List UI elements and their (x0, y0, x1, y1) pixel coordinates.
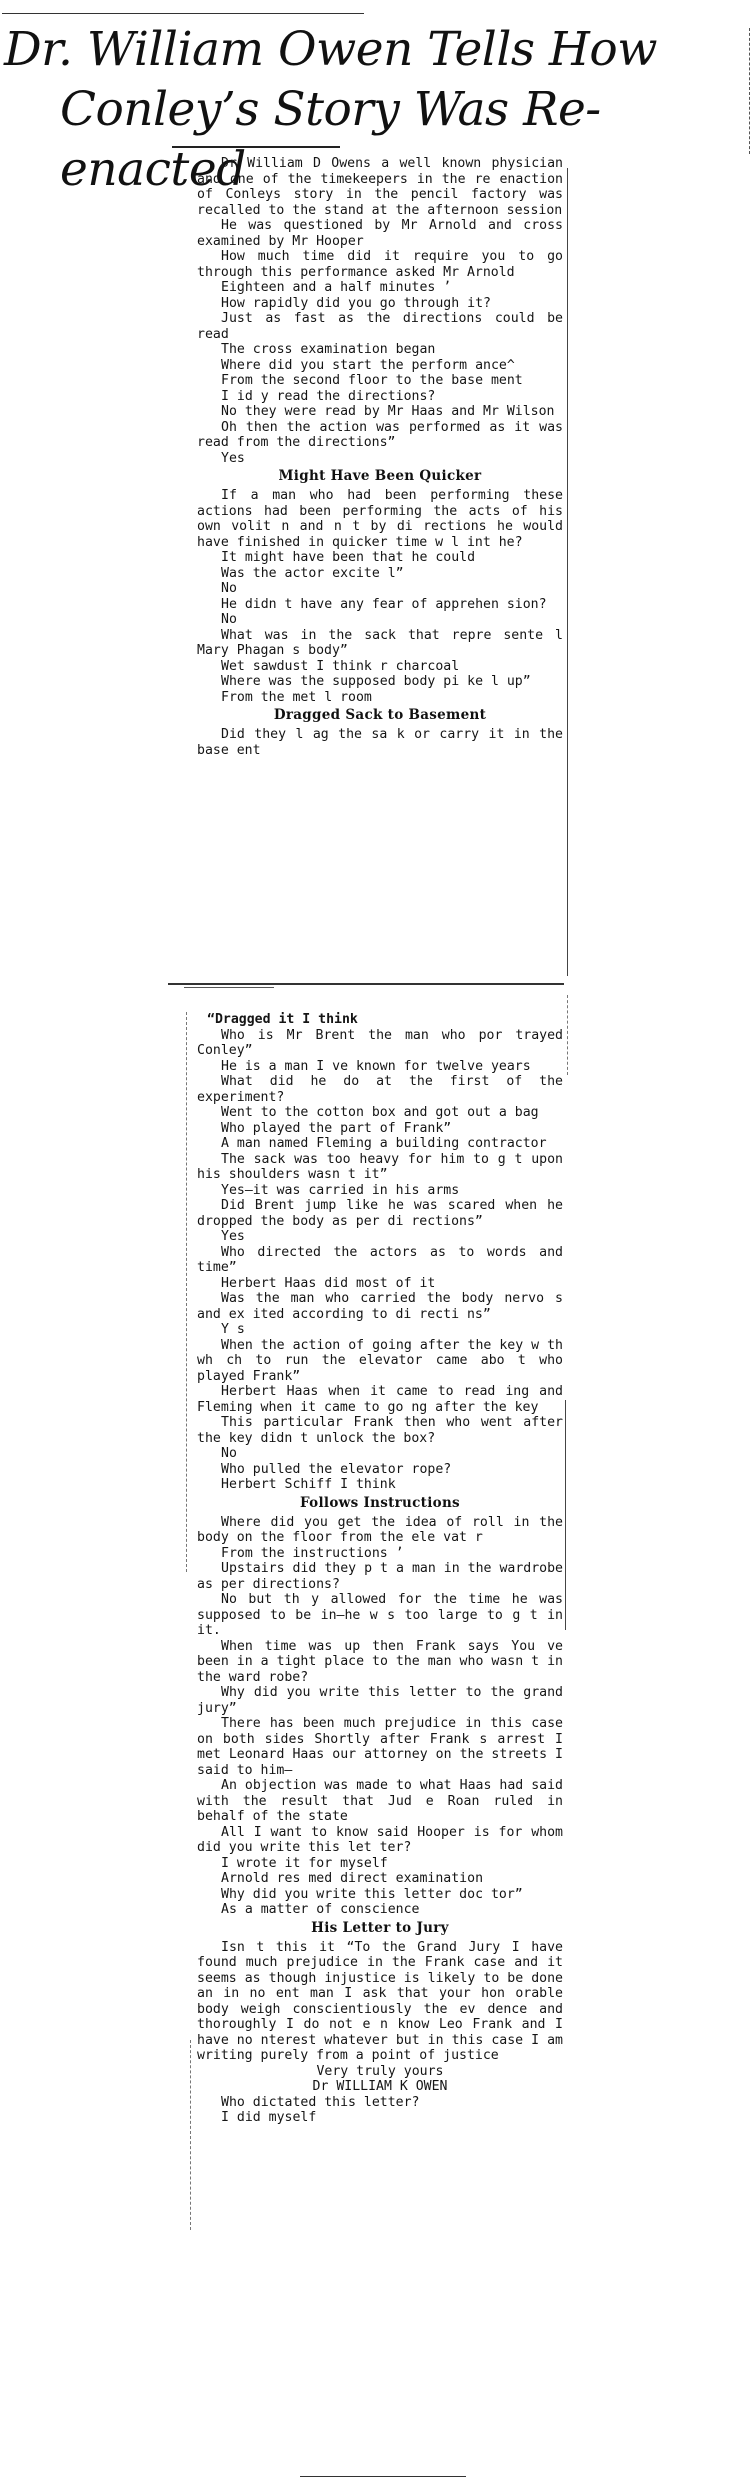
paragraph: Why did you write this letter doc tor” (197, 1887, 563, 1903)
section-divider-short (184, 987, 274, 988)
paragraph: Arnold res med direct examination (197, 1871, 563, 1887)
paragraph: This particular Frank then who went afte… (197, 1415, 563, 1446)
paragraph: Isn t this it “To the Grand Jury I have … (197, 1940, 563, 2064)
paragraph: Y s (197, 1322, 563, 1338)
paragraph: From the second floor to the base ment (197, 373, 563, 389)
paragraph: Herbert Schiff I think (197, 1477, 563, 1493)
headline-rule (172, 146, 340, 148)
paragraph: Who played the part of Frank” (197, 1121, 563, 1137)
paragraph: When time was up then Frank says You ve … (197, 1639, 563, 1686)
column-rule-left-b (186, 1012, 188, 1572)
paragraph: He didn t have any fear of apprehen sion… (197, 597, 563, 613)
paragraph: Where was the supposed body pi ke l up” (197, 674, 563, 690)
paragraph: No they were read by Mr Haas and Mr Wils… (197, 404, 563, 420)
paragraph: When the action of going after the key w… (197, 1338, 563, 1385)
paragraph: Dr William D Owens a well known physicia… (197, 156, 563, 218)
paragraph: Very truly yours (197, 2064, 563, 2080)
paragraph: Yes (197, 1229, 563, 1245)
paragraph: I id y read the directions? (197, 389, 563, 405)
paragraph: No (197, 612, 563, 628)
paragraph: Yes (197, 451, 563, 467)
paragraph: Who dictated this letter? (197, 2095, 563, 2111)
paragraph: A man named Fleming a building contracto… (197, 1136, 563, 1152)
paragraph: Who is Mr Brent the man who por trayed C… (197, 1028, 563, 1059)
paragraph: Dr WILLIAM K OWEN (197, 2079, 563, 2095)
paragraph: There has been much prejudice in this ca… (197, 1716, 563, 1778)
section-divider (168, 983, 564, 985)
paragraph: Did they l ag the sa k or carry it in th… (197, 727, 563, 758)
column-rule-right-c (565, 1400, 566, 1630)
paragraph: Did Brent jump like he was scared when h… (197, 1198, 563, 1229)
paragraph: I did myself (197, 2110, 563, 2126)
paragraph: Wet sawdust I think r charcoal (197, 659, 563, 675)
column-rule-right-b (567, 995, 569, 1075)
top-rule (2, 13, 364, 14)
paragraph: Where did you start the perform ance^ (197, 358, 563, 374)
paragraph: He is a man I ve known for twelve years (197, 1059, 563, 1075)
paragraph: Just as fast as the directions could be … (197, 311, 563, 342)
paragraph: It might have been that he could (197, 550, 563, 566)
paragraph: Was the man who carried the body nervo s… (197, 1291, 563, 1322)
subheading: Dragged Sack to Basement (197, 707, 563, 724)
end-rule (300, 2476, 466, 2477)
column-rule-right-a (567, 168, 568, 976)
paragraph: He was questioned by Mr Arnold and cross… (197, 218, 563, 249)
paragraph: Herbert Haas when it came to read ing an… (197, 1384, 563, 1415)
paragraph: An objection was made to what Haas had s… (197, 1778, 563, 1825)
subheading: Follows Instructions (197, 1495, 563, 1512)
paragraph: No (197, 581, 563, 597)
paragraph: Who directed the actors as to words and … (197, 1245, 563, 1276)
paragraph: The cross examination began (197, 342, 563, 358)
paragraph: No (197, 1446, 563, 1462)
paragraph: Went to the cotton box and got out a bag (197, 1105, 563, 1121)
paragraph: As a matter of conscience (197, 1902, 563, 1918)
paragraph: No but th y allowed for the time he was … (197, 1592, 563, 1639)
paragraph: Eighteen and a half minutes ʼ (197, 280, 563, 296)
paragraph: Who pulled the elevator rope? (197, 1462, 563, 1478)
article-column-part-2: “Dragged it I thinkWho is Mr Brent the m… (197, 1012, 563, 2126)
headline-line-1: Dr. William Owen Tells How (0, 20, 740, 80)
paragraph: The sack was too heavy for him to g t up… (197, 1152, 563, 1183)
clipping-edge-rule (749, 28, 751, 154)
paragraph: How rapidly did you go through it? (197, 296, 563, 312)
paragraph: From the instructions ʼ (197, 1546, 563, 1562)
paragraph: If a man who had been performing these a… (197, 488, 563, 550)
paragraph: Was the actor excite l” (197, 566, 563, 582)
paragraph: Yes—it was carried in his arms (197, 1183, 563, 1199)
subheading: His Letter to Jury (197, 1920, 563, 1937)
paragraph: Where did you get the idea of roll in th… (197, 1515, 563, 1546)
column-rule-left-c (190, 2040, 192, 2230)
paragraph: What did he do at the first of the exper… (197, 1074, 563, 1105)
paragraph: All I want to know said Hooper is for wh… (197, 1825, 563, 1856)
paragraph: What was in the sack that repre sente l … (197, 628, 563, 659)
paragraph: How much time did it require you to go t… (197, 249, 563, 280)
paragraph: From the met l room (197, 690, 563, 706)
paragraph: Oh then the action was performed as it w… (197, 420, 563, 451)
paragraph: “Dragged it I think (197, 1012, 563, 1028)
paragraph: Upstairs did they p t a man in the wardr… (197, 1561, 563, 1592)
paragraph: Why did you write this letter to the gra… (197, 1685, 563, 1716)
paragraph: I wrote it for myself (197, 1856, 563, 1872)
subheading: Might Have Been Quicker (197, 468, 563, 485)
article-column-part-1: Dr William D Owens a well known physicia… (197, 156, 563, 758)
paragraph: Herbert Haas did most of it (197, 1276, 563, 1292)
